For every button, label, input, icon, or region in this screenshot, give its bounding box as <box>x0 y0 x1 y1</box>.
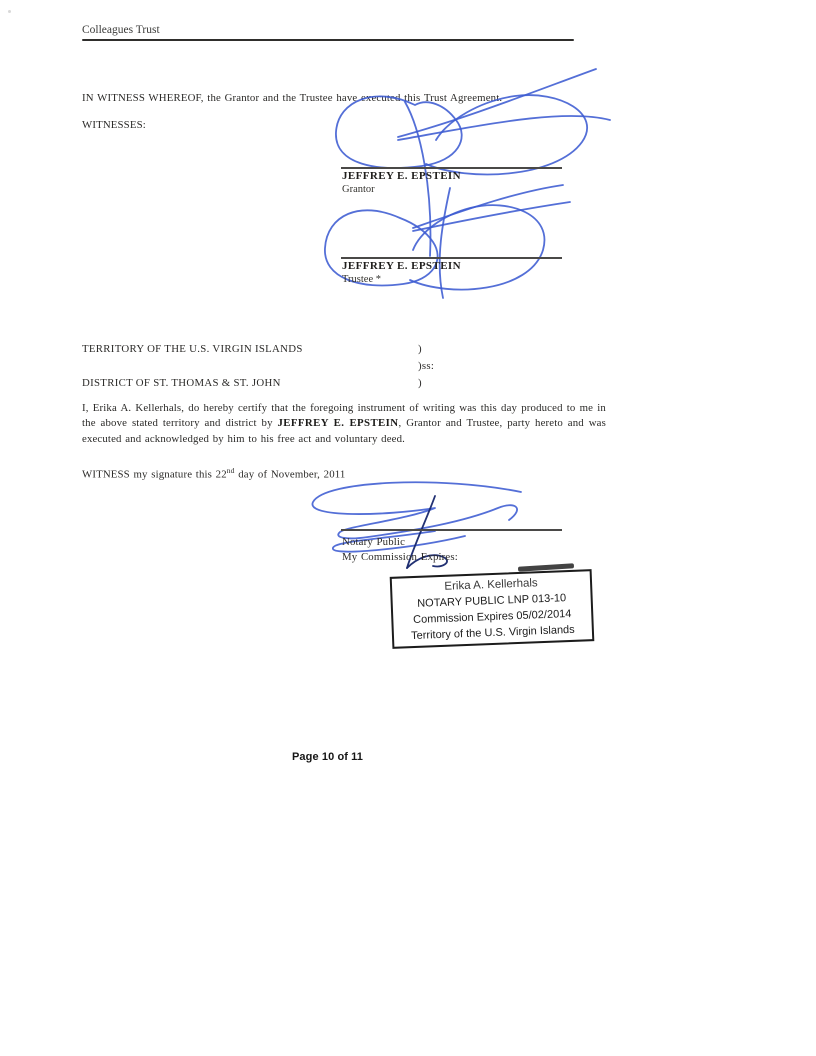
venue-territory-paren: ) <box>418 343 422 355</box>
venue-district-paren: ) <box>418 377 422 389</box>
acknowledgment-paragraph: I, Erika A. Kellerhals, do hereby certif… <box>82 401 606 447</box>
grantor-signature-line <box>341 167 562 169</box>
notary-signature-line <box>341 529 562 531</box>
trustee-signature-line <box>341 257 562 259</box>
trustee-role-label: Trustee * <box>342 274 381 285</box>
scanned-document-page: Colleagues Trust IN WITNESS WHEREOF, the… <box>0 0 816 1056</box>
header-rule <box>82 39 574 41</box>
notary-stamp: Erika A. Kellerhals NOTARY PUBLIC LNP 01… <box>390 569 595 649</box>
notary-public-label: Notary Public <box>342 536 405 548</box>
trustee-printed-name: JEFFREY E. EPSTEIN <box>342 260 461 272</box>
witness-date-ordinal: nd <box>227 466 235 475</box>
venue-territory: TERRITORY OF THE U.S. VIRGIN ISLANDS <box>82 343 303 355</box>
commission-expires-label: My Commission Expires: <box>342 551 458 563</box>
page-number-footer: Page 10 of 11 <box>292 751 363 763</box>
venue-ss-mark: )ss: <box>418 360 434 372</box>
trustee-signature-ink <box>313 178 578 308</box>
scan-artifact-speck <box>8 10 11 13</box>
document-header-title: Colleagues Trust <box>82 24 160 36</box>
acknowledgment-name-bold: JEFFREY E. EPSTEIN <box>278 417 399 429</box>
witnesses-label: WITNESSES: <box>82 119 146 131</box>
venue-district: DISTRICT OF ST. THOMAS & ST. JOHN <box>82 377 281 389</box>
witness-date-pre: WITNESS my signature this 22 <box>82 469 227 481</box>
